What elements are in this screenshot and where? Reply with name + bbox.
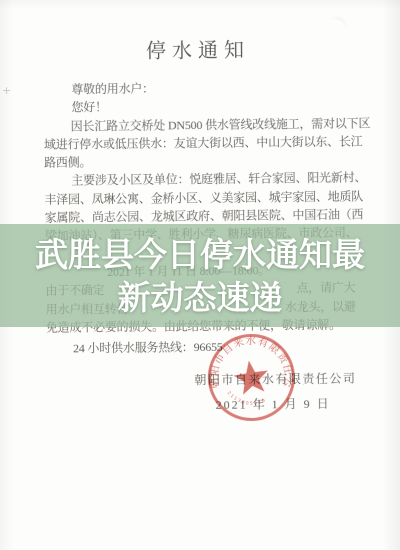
headline-line-2: 新动态速递 — [0, 276, 400, 319]
stamp-serial: 2113905010 — [226, 390, 268, 407]
photo-of-water-outage-notice: 停水通知 尊敬的用水户： 您好！ 因长汇路立交桥处 DN500 供水管线改线施工… — [0, 0, 400, 550]
svg-text:2113905010: 2113905010 — [226, 390, 268, 407]
headline-overlay: 武胜县今日停水通知最 新动态速递 — [0, 233, 400, 319]
headline-line-1: 武胜县今日停水通知最 — [0, 233, 400, 276]
notice-title: 停水通知 — [0, 32, 398, 65]
photo-edge-plus-mark: + — [2, 84, 11, 97]
line-reason-2: 域进行停水或低压供水：友谊大街以西、中山大街以东、长江 — [44, 132, 354, 154]
company-seal-stamp-icon: 朝阳市自来水有限责任公司 2113905010 — [201, 327, 302, 428]
star-icon — [232, 358, 271, 396]
